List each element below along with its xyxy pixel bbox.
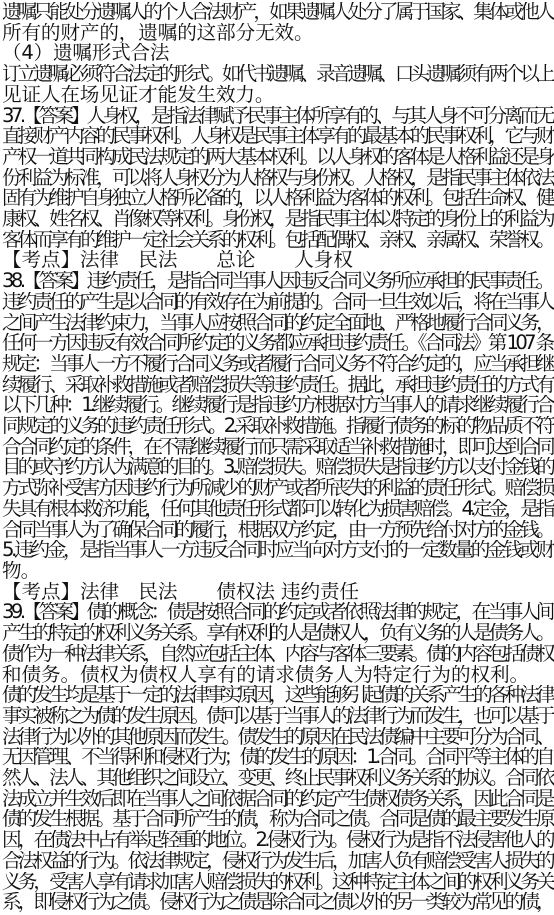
text-line: 目的或守约方认为满意的目的。3..赔偿损失。赔偿损失是指违约方以支付金钱的 [2, 457, 554, 478]
text-line: 38.【答案】违约责任，是指合同当事人因违反合同义务所应承担的民事责任。 [2, 271, 554, 292]
text-line: 债的发生根据。基于合同所产生的债，称为合同之债。合同是债的最主要发生原 [2, 809, 554, 830]
text-line: 见证人在场见证才能发生效力。 [2, 85, 554, 106]
text-line: 法成立并生效后即在当事人之间依据合同的约定产生债权债务关系，因此合同是 [2, 789, 554, 810]
text-line: 之间产生法律约束力，当事人应按照合同的约定全面地、严格地履行合同义务， [2, 313, 554, 334]
text-line: 客体而享有的维护一定社会关系的权利。包括配偶权、亲权、亲属权、荣誉权。 [2, 230, 554, 251]
text-line: 失具有根本救济功能，任何其他责任形式都可以转化为损害赔偿。4.定金，是指 [2, 499, 554, 520]
text-line: 产权一道共同构成民法规定的两大基本权利。以人身权的客体是人格利益还是身 [2, 147, 554, 168]
text-line: 法律行为以外的其他原因而发生。债发生的原因在民法债编中主要可分为合同、 [2, 727, 554, 748]
text-line: 产生的特定的权利义务关系。享有权利的人是债权人，负有义务的人是债务人。 [2, 623, 554, 644]
text-line: 和债务。债权为债权人享有的请求债务人为特定行为的权利。 [2, 665, 554, 686]
text-line: 直接财产内容的民事权利。人身权是民事主体享有的最基本的民事权利，它与财 [2, 126, 554, 147]
text-line: 无因管理、不当得利和侵权行为；债的发生的原因：1.合同。合同平等主体的自 [2, 747, 554, 768]
text-line: 5.违约金，是指当事人一方违反合同时应当向对方支付的一定数量的金钱或财 [2, 540, 554, 561]
text-line: 同规定的义务的违约责任形式。2.采取补救措施。指履行债务的标的物品质不符 [2, 416, 554, 437]
text-line: 任何一方因违反有效合同所约定的义务都应承担违约责任。《合同法》第 107 条 [2, 333, 554, 354]
text-line: 份利益为标准，可以将人身权分为人格权与身份权。人格权，是指民事主体依法 [2, 168, 554, 189]
text-line: 39.【答案】债的概念：债是按照合同的约定或者依照法律的规定，在当事人间 [2, 602, 554, 623]
text-line: 遗嘱只能处分遗嘱人的个人合法财产，如果遗嘱人处分了属于国家、集体或他人 [2, 2, 554, 23]
text-line: 债的发生均是基于一定的法律事实原因，这些能够引起债的关系产生的各种法律 [2, 685, 554, 706]
text-line: 违约责任的产生是以合同的有效存在为前提的。合同一旦生效以后，将在当事人 [2, 292, 554, 313]
text-line: 37.【答案】人身权，是指法律赋予民事主体所享有的、与其人身不可分离而无 [2, 106, 554, 127]
text-line: 续履行、采取补救措施或者赔偿损失等违约责任。据此，承担违约责任的方式有 [2, 375, 554, 396]
text-line: 方式弥补受害方因违约行为所减少的财产或者所丧失的利益的责任形式。赔偿损 [2, 478, 554, 499]
document-page: 遗嘱只能处分遗嘱人的个人合法财产，如果遗嘱人处分了属于国家、集体或他人所有的财产… [0, 0, 554, 915]
text-line: 事实被称之为债的发生原因。债可以基于当事人的法律行为而发生，也可以基于 [2, 706, 554, 727]
text-line: 康权、姓名权、肖像权等权利。身份权，是指民事主体以特定的身份上的利益为 [2, 209, 554, 230]
text-line: 【考点】法律 民法 总论 人身权 [2, 250, 554, 271]
text-line: 债作为一种法律关系，自然应包括主体、内容与客体三要素。债的内容包括债权 [2, 644, 554, 665]
text-line: 系，即侵权行为之债。侵权行为之债是除合同之债以外的另一类较为常见的债， [2, 892, 554, 913]
text-line: （4）遗嘱形式合法 [2, 43, 554, 64]
text-line: 义务，受害人享有请求加害人赔偿损失的权利。这种特定主体之间的权利义务关 [2, 872, 554, 893]
text-line: 【考点】法律 民法 债权法 违约责任 [2, 582, 554, 603]
text-line: 规定：当事人一方不履行合同义务或者履行合同义务不符合约定的，应当承担继 [2, 354, 554, 375]
text-line: 固有为维护自身独立人格所必备的，以人格利益为客体的权利。包括生命权、健 [2, 188, 554, 209]
text-line: 因，在债法中占有举足轻重的地位。2.侵权行为。侵权行为是指不法侵害他人的 [2, 830, 554, 851]
text-line: 合法权益的行为。依法律规定，侵权行为发生后，加害人负有赔偿受害人损失的 [2, 851, 554, 872]
text-line: 以下几种：1.继续履行。继续履行是指违约方根据对方当事人的请求继续履行合 [2, 395, 554, 416]
text-line: 合同当事人为了确保合同的履行，根据双方约定，由一方预先给付对方的金钱。 [2, 520, 554, 541]
text-line: 所有的财产的，遗嘱的这部分无效。 [2, 23, 554, 44]
text-line: 物。 [2, 561, 554, 582]
text-line: 合合同约定的条件，在不需继续履行而只需采取适当补救措施时，即可达到合同 [2, 437, 554, 458]
text-line: 订立遗嘱必须符合法定的形式。如代书遗嘱、录音遗嘱、口头遗嘱须有两个以上 [2, 64, 554, 85]
text-line: 然人、法人、其他组织之间设立、变更、终止民事权利义务关系的协议。合同依 [2, 768, 554, 789]
